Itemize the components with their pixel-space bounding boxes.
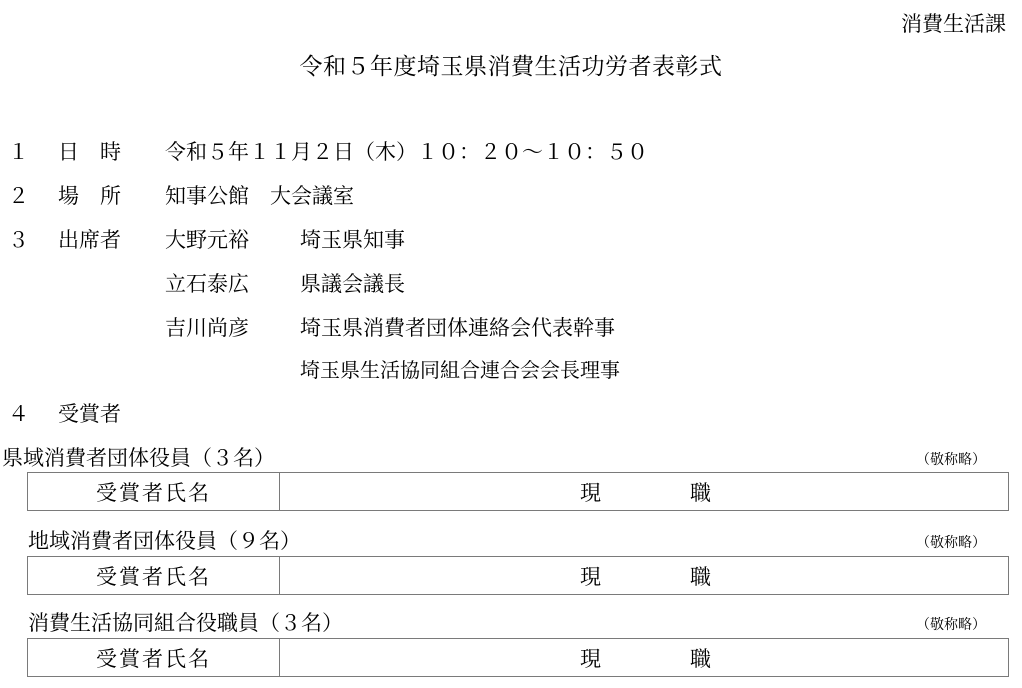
column-header-position: 現職 [280,639,1009,677]
attendee-name: 大野元裕 [165,224,249,254]
column-header-name: 受賞者氏名 [28,473,280,511]
award-table: 受賞者氏名 現職 [27,638,1009,677]
column-header-name: 受賞者氏名 [28,557,280,595]
item-number: ４ [8,398,29,428]
item-label: 場 所 [58,180,121,210]
award-table: 受賞者氏名 現職 [27,472,1009,511]
honorific-omitted-note: （敬称略） [916,449,986,469]
item-number: ２ [8,180,29,210]
item-label: 受賞者 [58,398,121,428]
honorific-omitted-note: （敬称略） [916,532,986,552]
item-label: 出席者 [58,224,121,254]
section-heading: 地域消費者団体役員（９名） [28,525,301,555]
item-number: １ [8,136,29,166]
attendee-name: 吉川尚彦 [165,312,249,342]
section-heading: 県域消費者団体役員（３名） [2,442,275,472]
item-value: 知事公館 大会議室 [165,180,354,210]
item-value: 令和５年１１月２日（木）１０：２０～１０：５０ [165,136,648,166]
item-number: ３ [8,224,29,254]
table-header-row: 受賞者氏名 現職 [28,473,1009,511]
column-header-position: 現職 [280,557,1009,595]
item-label: 日 時 [58,136,121,166]
attendee-title: 埼玉県知事 [300,224,405,254]
attendee-name: 立石泰広 [165,268,249,298]
section-heading: 消費生活協同組合役職員（３名） [28,607,343,637]
table-header-row: 受賞者氏名 現職 [28,639,1009,677]
attendee-title: 埼玉県消費者団体連絡会代表幹事 [300,312,615,342]
honorific-omitted-note: （敬称略） [916,614,986,634]
column-header-name: 受賞者氏名 [28,639,280,677]
attendee-title-secondary: 埼玉県生活協同組合連合会会長理事 [300,354,620,383]
award-table: 受賞者氏名 現職 [27,556,1009,595]
attendee-title: 県議会議長 [300,268,405,298]
document-title: 令和５年度埼玉県消費生活功労者表彰式 [0,48,1022,81]
column-header-position: 現職 [280,473,1009,511]
table-header-row: 受賞者氏名 現職 [28,557,1009,595]
department-label: 消費生活課 [901,8,1006,38]
